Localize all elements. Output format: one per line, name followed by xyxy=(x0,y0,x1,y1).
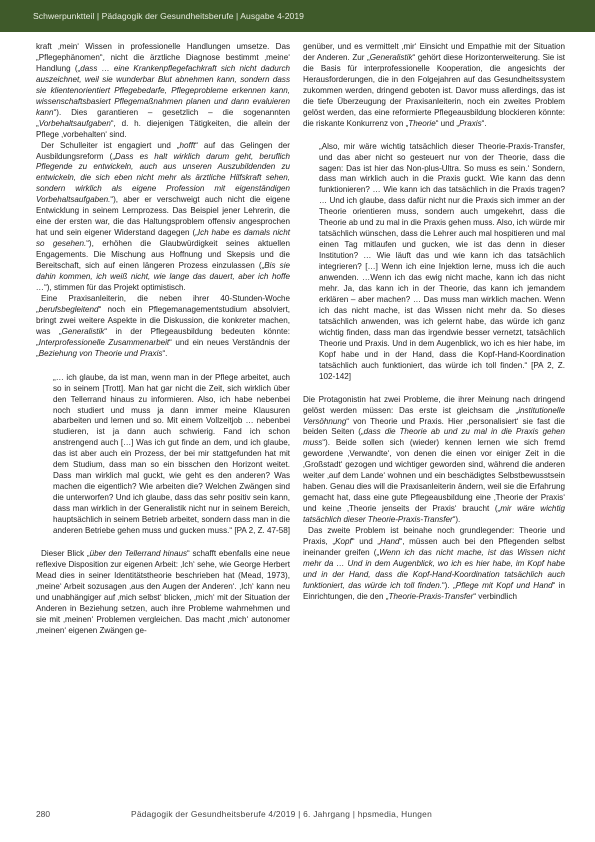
page-number: 280 xyxy=(36,809,50,819)
emphasis: institutionelle Versöhnung xyxy=(303,406,565,426)
emphasis: Dass es halt wirklich darum geht, berufl… xyxy=(36,152,290,205)
emphasis: Beziehung von Theorie und Praxis xyxy=(39,349,163,358)
emphasis: dass … eine Krankenpflegefachkraft sich … xyxy=(36,64,290,117)
emphasis: Interprofessionelle Zusammenarbeit xyxy=(39,338,169,347)
emphasis: Vorbehaltsaufgaben xyxy=(39,119,111,128)
interview-quote: „Also, mir wäre wichtig tatsächlich dies… xyxy=(319,142,565,383)
emphasis: mir wäre wichtig tatsächlich dieser Theo… xyxy=(303,504,565,524)
emphasis: Generalistik xyxy=(370,53,413,62)
journal-info: Pädagogik der Gesundheitsberufe 4/2019 |… xyxy=(131,809,432,819)
paragraph: Die Protagonistin hat zwei Probleme, die… xyxy=(303,395,565,526)
emphasis: Generalistik xyxy=(62,327,105,336)
emphasis: Bis sie dahin kommen, ich weiß nicht, wi… xyxy=(36,261,290,292)
emphasis: Praxis xyxy=(459,119,482,128)
paragraph: Das zweite Problem ist beinahe noch grun… xyxy=(303,526,565,603)
running-title: Schwerpunktteil | Pädagogik der Gesundhe… xyxy=(33,11,304,21)
page-footer: 280 Pädagogik der Gesundheitsberufe 4/20… xyxy=(36,809,566,823)
running-header: Schwerpunktteil | Pädagogik der Gesundhe… xyxy=(0,0,595,32)
emphasis: über den Tellerrand hinaus xyxy=(90,549,187,558)
paragraph: Der Schulleiter ist engagiert und „hofft… xyxy=(36,141,290,294)
emphasis: dass die Theorie ab und zu mal in die Pr… xyxy=(303,427,565,447)
emphasis: Hand xyxy=(380,537,399,546)
emphasis: Ich habe es damals nicht so gesehen. xyxy=(36,228,290,248)
emphasis: Theorie xyxy=(408,119,435,128)
left-column: kraft ‚mein‘ Wissen in professionelle Ha… xyxy=(36,42,290,637)
emphasis: Kopf xyxy=(335,537,352,546)
right-column: genüber, und es vermittelt ‚mir‘ Einsich… xyxy=(303,42,565,603)
emphasis: berufsbegleitend xyxy=(39,305,99,314)
paragraph: kraft ‚mein‘ Wissen in professionelle Ha… xyxy=(36,42,290,141)
paragraph: Dieser Blick „über den Tellerrand hinaus… xyxy=(36,549,290,637)
paragraph: genüber, und es vermittelt ‚mir‘ Einsich… xyxy=(303,42,565,130)
emphasis: hofft xyxy=(179,141,195,150)
interview-quote: „… ich glaube, da ist man, wenn man in d… xyxy=(53,373,290,537)
emphasis: Theorie-Praxis-Transfer xyxy=(389,592,474,601)
emphasis: Pflege mit Kopf und Hand xyxy=(456,581,553,590)
paragraph: Eine Praxisanleiterin, die neben ihrer 4… xyxy=(36,294,290,360)
